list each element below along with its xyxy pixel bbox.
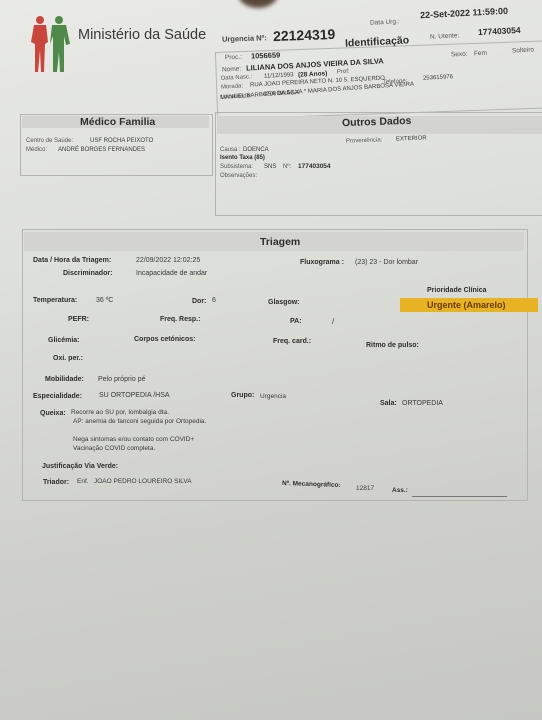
glicemia-label: Glicémia:: [48, 337, 80, 344]
outros-dados-title: Outros Dados: [342, 115, 412, 129]
corpos-cetonicos-label: Corpos cetónicos:: [134, 336, 195, 343]
n-label: Nº:: [283, 164, 291, 170]
nome-label: Nome:: [222, 66, 241, 74]
n-value: 177403054: [298, 163, 331, 170]
morada-label: Morada:: [221, 83, 243, 90]
proveniencia-label: Proveniência:: [346, 137, 383, 144]
pefr-label: PEFR:: [68, 316, 89, 323]
dor-label: Dor:: [192, 298, 206, 305]
signature-line: [412, 496, 507, 497]
subsistema-label: Subsistema:: [220, 164, 253, 170]
ass-label: Ass.:: [392, 487, 408, 494]
queixa-line-2: AP: anemia de fanconi seguida por Ortope…: [73, 418, 206, 425]
grupo-label: Grupo:: [231, 392, 254, 399]
glasgow-label: Glasgow:: [268, 299, 300, 306]
fluxograma-value: (23) 23 - Dor lombar: [355, 259, 418, 266]
estado-civil: Solteiro: [512, 46, 534, 54]
oxi-per-label: Oxi. per.:: [53, 355, 83, 362]
data-hora-value: 22/09/2022 12:02:25: [136, 257, 200, 264]
data-urg-label: Data Urg.:: [370, 18, 400, 27]
causa-value: DOENCA: [243, 147, 269, 153]
finger-shadow: [238, 0, 278, 8]
dor-value: 6: [212, 297, 216, 304]
justificacao-label: Justificação Via Verde:: [42, 463, 118, 470]
mecanografico-value: 12817: [356, 485, 374, 492]
queixa-line-1: Recorre ao SU por, lombalgia dta.: [71, 409, 169, 416]
urgencia-number: 22124319: [273, 26, 336, 44]
triador-label: Triador:: [43, 479, 69, 486]
queixa-line-5: Vacinação COVID completa.: [73, 445, 155, 452]
mobilidade-label: Mobilidade:: [45, 376, 84, 383]
mobilidade-value: Pelo próprio pé: [98, 376, 145, 383]
prioridade-value: Urgente (Amarelo): [427, 300, 506, 310]
proc-value: 1056659: [251, 50, 280, 60]
ritmo-pulso-label: Ritmo de pulso:: [366, 342, 419, 349]
triador-value: Enf. JOAO PEDRO LOUREIRO SILVA: [77, 478, 192, 485]
urgencia-label: Urgencia Nº:: [222, 33, 267, 44]
proveniencia-value: EXTERIOR: [396, 135, 427, 142]
grupo-value: Urgencia: [260, 393, 286, 400]
sala-value: ORTOPEDIA: [402, 400, 443, 407]
causa-label: Causa :: [220, 147, 241, 153]
freq-resp-label: Freq. Resp.:: [160, 316, 200, 323]
discriminador-value: Incapacidade de andar: [136, 270, 207, 277]
centro-label: Centro de Saúde:: [26, 138, 73, 144]
data-urg-value: 22-Set-2022 11:59:00: [420, 6, 508, 21]
sexo-label: Sexo:: [451, 51, 468, 59]
freq-card-label: Freq. card.:: [273, 338, 311, 345]
medico-value: ANDRÉ BORGES FERNANDES: [58, 147, 145, 153]
temperatura-label: Temperatura:: [33, 297, 77, 304]
ministerio-saude-logo-icon: [28, 14, 72, 76]
especialidade-value: SU ORTOPEDIA /HSA: [99, 392, 170, 399]
medico-label: Médico:: [26, 147, 47, 153]
discriminador-label: Discriminador:: [63, 270, 112, 277]
pa-label: PA:: [290, 318, 302, 325]
fluxograma-label: Fluxograma :: [300, 259, 344, 266]
prof-label: Prof:: [337, 69, 350, 76]
data-hora-label: Data / Hora da Triagem:: [33, 257, 111, 264]
org-name: Ministério da Saúde: [78, 27, 206, 43]
centro-value: USF ROCHA PEIXOTO: [90, 138, 153, 144]
pa-value: /: [332, 317, 334, 326]
n-utente-label: N. Utente:: [430, 32, 460, 41]
medico-familia-title: Médico Familia: [80, 116, 155, 128]
n-utente-value: 177403054: [478, 25, 521, 37]
especialidade-label: Especialidade:: [33, 393, 82, 400]
proc-label: Proc.:: [225, 54, 242, 62]
prioridade-label: Prioridade Clínica: [427, 287, 487, 294]
observacoes-label: Observações:: [220, 173, 257, 179]
sala-label: Sala:: [380, 400, 397, 407]
subsistema-value: SNS: [264, 164, 276, 170]
sexo-value: Fem: [474, 50, 487, 58]
isento-taxa: Isento Taxa (85): [220, 155, 265, 161]
triage-document: Ministério da Saúde Urgencia Nº: 2212431…: [0, 0, 542, 720]
queixa-line-4: Nega sintomas e/ou contato com COVID+: [73, 436, 194, 443]
queixa-label: Queixa:: [40, 410, 66, 417]
temperatura-value: 36 ºC: [96, 297, 113, 304]
triagem-title: Triagem: [260, 236, 300, 248]
